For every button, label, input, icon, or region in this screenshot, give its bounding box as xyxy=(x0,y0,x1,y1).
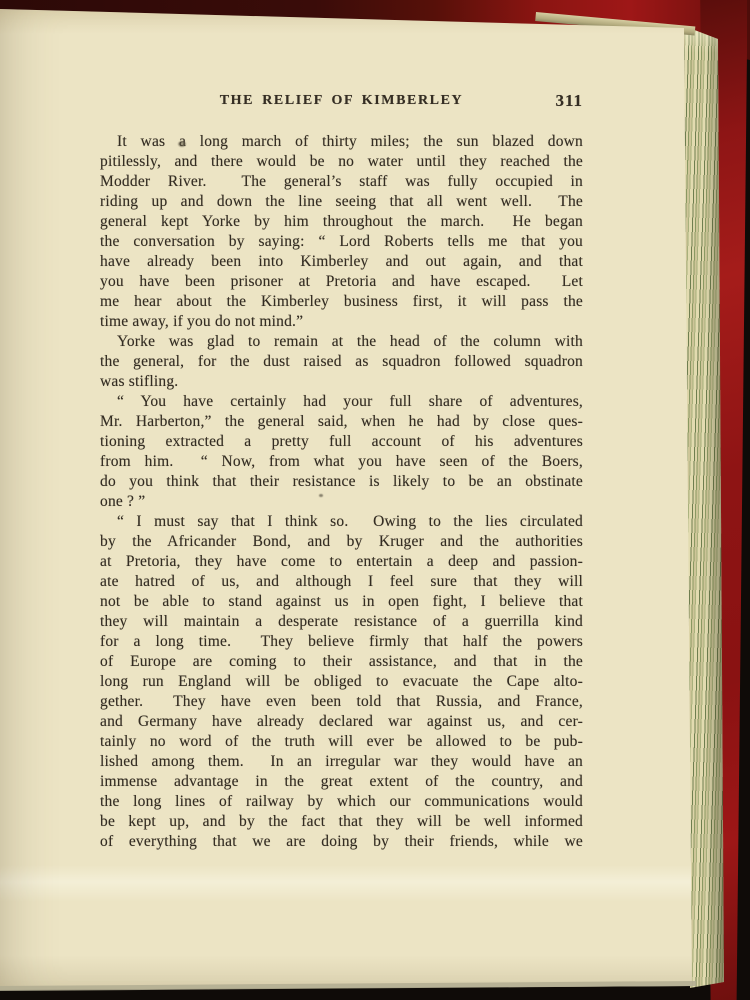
paragraph: “ I must say that I think so. Owing to t… xyxy=(100,512,583,852)
text-line: at Pretoria, they have come to entertain… xyxy=(100,552,583,572)
text-line: riding up and down the line seeing that … xyxy=(100,192,583,212)
text-line: “ You have certainly had your full share… xyxy=(100,392,583,412)
text-line: me hear about the Kimberley business fir… xyxy=(100,292,583,312)
text-line: “ I must say that I think so. Owing to t… xyxy=(100,512,583,532)
text-body: It was a long march of thirty miles; the… xyxy=(100,132,583,852)
text-line: the conversation by saying: “ Lord Rober… xyxy=(100,232,583,252)
text-line: It was a long march of thirty miles; the… xyxy=(100,132,583,152)
book-photo: THE RELIEF OF KIMBERLEY 311 It was a lon… xyxy=(0,0,750,1000)
text-line: do you think that their resistance is li… xyxy=(100,472,583,492)
scan-speck xyxy=(178,141,186,147)
text-line: pitilessly, and there would be no water … xyxy=(100,152,583,172)
paragraph: “ You have certainly had your full share… xyxy=(100,392,583,512)
text-line: and Germany have already declared war ag… xyxy=(100,712,583,732)
text-line: time away, if you do not mind.” xyxy=(100,312,583,332)
text-line: of everything that we are doing by their… xyxy=(100,832,583,852)
text-line: ate hatred of us, and although I feel su… xyxy=(100,572,583,592)
text-line: have already been into Kimberley and out… xyxy=(100,252,583,272)
text-line: of Europe are coming to their assistance… xyxy=(100,652,583,672)
running-head-title: THE RELIEF OF KIMBERLEY xyxy=(100,93,583,109)
text-line: immense advantage in the great extent of… xyxy=(100,772,583,792)
scan-speck xyxy=(329,722,332,725)
text-line: tioning extracted a pretty full account … xyxy=(100,432,583,452)
text-line: Mr. Harberton,” the general said, when h… xyxy=(100,412,583,432)
text-line: lished among them. In an irregular war t… xyxy=(100,752,583,772)
text-line: Yorke was glad to remain at the head of … xyxy=(100,332,583,352)
text-line: you have been prisoner at Pretoria and h… xyxy=(100,272,583,292)
text-line: general kept Yorke by him throughout the… xyxy=(100,212,583,232)
text-line: one ? ” xyxy=(100,492,583,512)
text-line: not be able to stand against us in open … xyxy=(100,592,583,612)
text-line: the general, for the dust raised as squa… xyxy=(100,352,583,372)
page-number: 311 xyxy=(555,91,583,111)
scan-speck xyxy=(319,494,323,497)
text-line: be kept up, and by the fact that they wi… xyxy=(100,812,583,832)
paragraph: Yorke was glad to remain at the head of … xyxy=(100,332,583,392)
text-line: long run England will be obliged to evac… xyxy=(100,672,583,692)
text-line: the long lines of railway by which our c… xyxy=(100,792,583,812)
text-line: gether. They have even been told that Ru… xyxy=(100,692,583,712)
text-line: they will maintain a desperate resistanc… xyxy=(100,612,583,632)
text-line: tainly no word of the truth will ever be… xyxy=(100,732,583,752)
text-line: by the Africander Bond, and by Kruger an… xyxy=(100,532,583,552)
text-line: was stifling. xyxy=(100,372,583,392)
paragraph: It was a long march of thirty miles; the… xyxy=(100,132,583,332)
text-line: for a long time. They believe firmly tha… xyxy=(100,632,583,652)
text-line: from him. “ Now, from what you have seen… xyxy=(100,452,583,472)
text-line: Modder River. The general’s staff was fu… xyxy=(100,172,583,192)
page-header: THE RELIEF OF KIMBERLEY 311 xyxy=(100,93,583,113)
